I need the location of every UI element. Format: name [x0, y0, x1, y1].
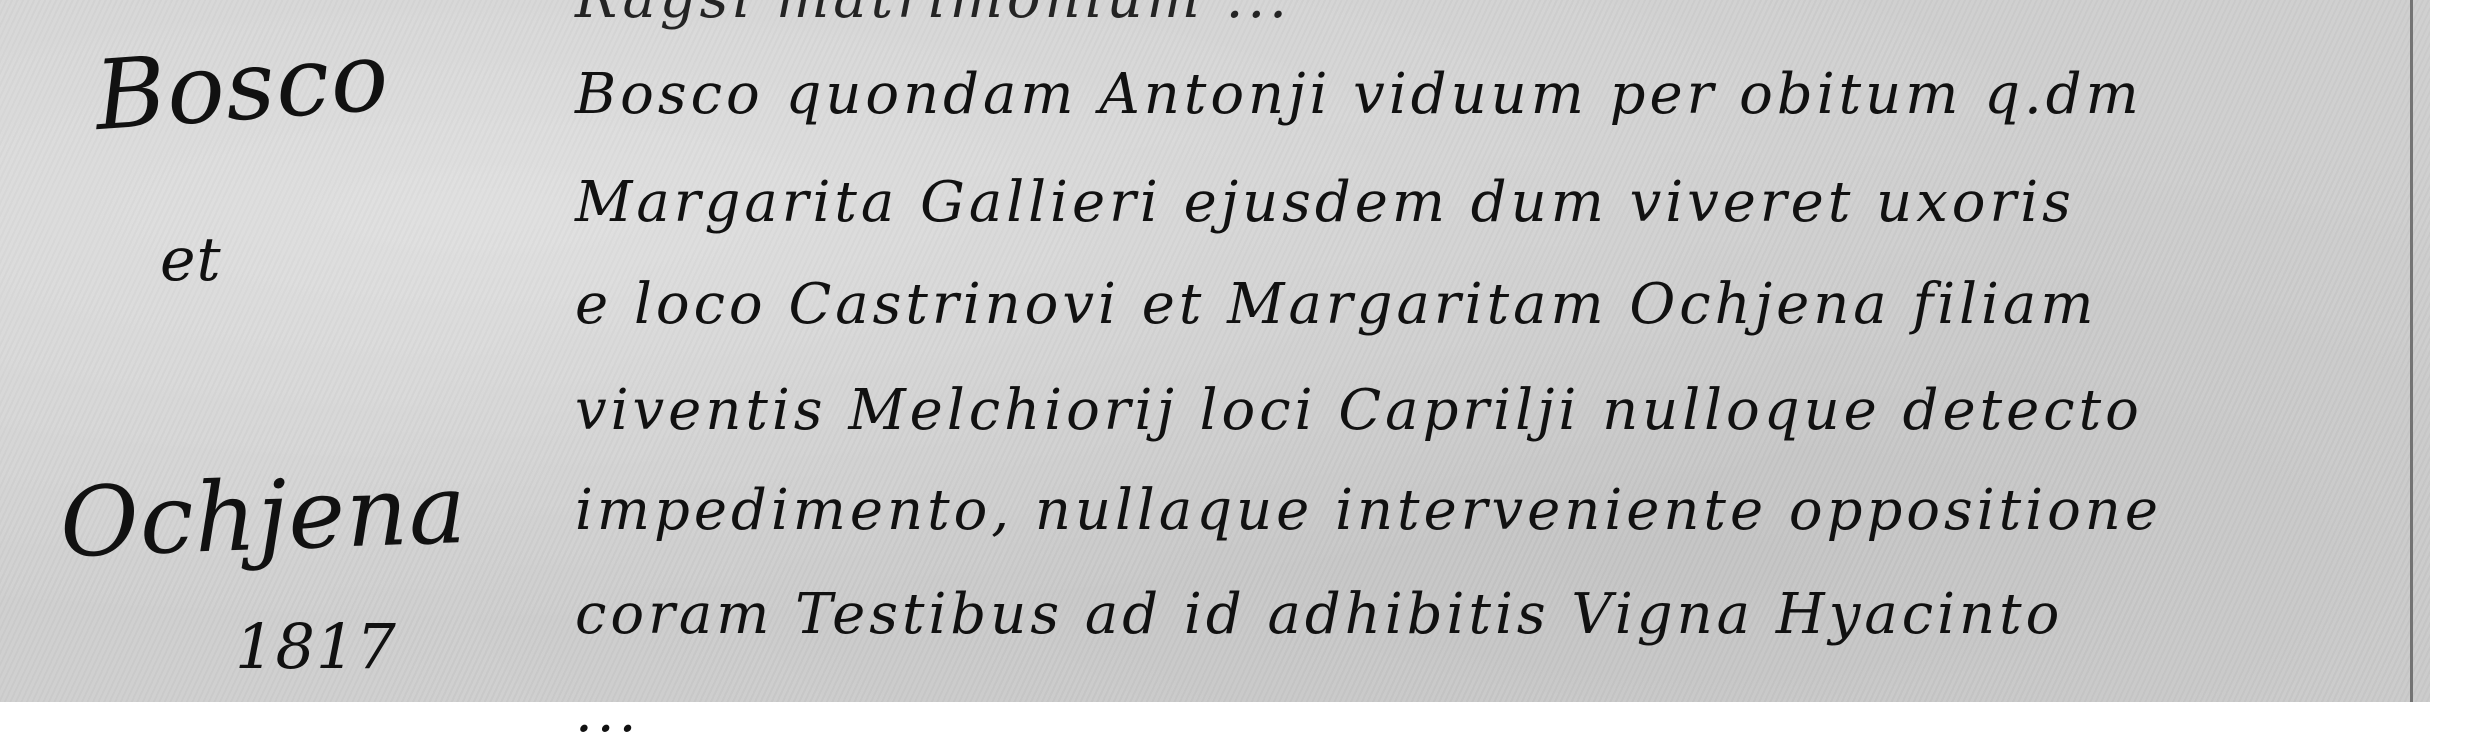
- text-line: viventis Melchiorij loci Caprilji nulloq…: [575, 378, 2143, 443]
- margin-conjunction: et: [160, 225, 222, 295]
- manuscript-page: Bosco et Ochjena 1817 Ragsi matrimonium …: [0, 0, 2430, 702]
- text-line: Ragsi matrimonium ...: [575, 0, 1291, 31]
- text-line: Bosco quondam Antonji viduum per obitum …: [575, 62, 2143, 127]
- margin-surname-ochjena: Ochjena: [58, 453, 469, 579]
- text-line: impedimento, nullaque interveniente oppo…: [575, 478, 2162, 543]
- text-line: e loco Castrinovi et Margaritam Ochjena …: [575, 272, 2097, 337]
- text-line: coram Testibus ad id adhibitis Vigna Hya…: [575, 582, 2063, 647]
- text-line: ...: [575, 680, 640, 702]
- text-line: Margarita Gallieri ejusdem dum viveret u…: [575, 170, 2075, 235]
- margin-year: 1817: [235, 610, 397, 683]
- scan-edge: [2430, 0, 2469, 702]
- margin-surname-bosco: Bosco: [91, 20, 392, 152]
- right-margin-rule: [2410, 0, 2413, 702]
